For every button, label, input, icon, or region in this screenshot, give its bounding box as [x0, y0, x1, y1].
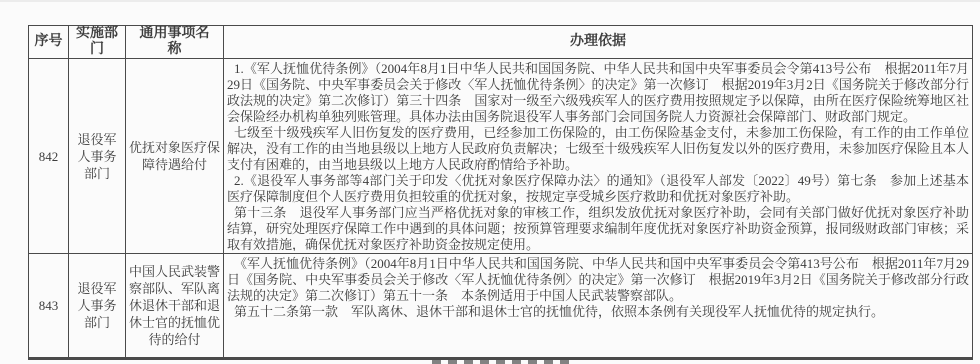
basis-text-block: 《军人抚恤优待条例》（2004年8月1日中华人民共和国国务院、中华人民共和国中央…: [227, 256, 969, 355]
basis-cell: 《军人抚恤优待条例》（2004年8月1日中华人民共和国国务院、中华人民共和国中央…: [224, 254, 973, 359]
column-header-item-name: 通用事项名称: [126, 26, 224, 59]
document-page: 序号 实施部门 通用事项名称 办理依据 842 退役军人事务部门 优抚对象医疗保…: [0, 0, 980, 364]
seq-cell: 842: [29, 59, 69, 254]
basis-paragraph: 第十三条 退役军人事务部门应当严格优抚对象的审核工作，组织发放优抚对象医疗补助，…: [227, 205, 969, 251]
regulation-table: 序号 实施部门 通用事项名称 办理依据 842 退役军人事务部门 优抚对象医疗保…: [28, 25, 973, 360]
table-row-842: 842 退役军人事务部门 优抚对象医疗保障待遇给付 1.《军人抚恤优待条例》（2…: [29, 59, 973, 254]
basis-paragraph: 1.《军人抚恤优待条例》（2004年8月1日中华人民共和国国务院、中华人民共和国…: [227, 61, 969, 125]
basis-text-block: 1.《军人抚恤优待条例》（2004年8月1日中华人民共和国国务院、中华人民共和国…: [227, 61, 969, 251]
table-header-row: 序号 实施部门 通用事项名称 办理依据: [29, 26, 973, 59]
clipped-page-footer-fragment: [432, 360, 574, 364]
basis-paragraph: 七级至十级残疾军人旧伤复发的医疗费用，已经参加工伤保险的，由工伤保险基金支付，未…: [227, 125, 969, 173]
column-header-basis: 办理依据: [224, 26, 973, 59]
column-header-department: 实施部门: [69, 26, 126, 59]
table-row-843: 843 退役军人事务部门 中国人民武装警察部队、军队离休退休干部和退休士官的抚恤…: [29, 254, 973, 359]
basis-cell: 1.《军人抚恤优待条例》（2004年8月1日中华人民共和国国务院、中华人民共和国…: [224, 59, 973, 254]
item-name-cell: 中国人民武装警察部队、军队离休退休干部和退休士官的抚恤优待的给付: [126, 254, 224, 359]
department-cell: 退役军人事务部门: [69, 254, 126, 359]
basis-paragraph: 《军人抚恤优待条例》（2004年8月1日中华人民共和国国务院、中华人民共和国中央…: [227, 256, 969, 304]
basis-paragraph: 2.《退役军人事务部等4部门关于印发〈优抚对象医疗保障办法〉的通知》（退役军人部…: [227, 173, 969, 205]
department-cell: 退役军人事务部门: [69, 59, 126, 254]
item-name-cell: 优抚对象医疗保障待遇给付: [126, 59, 224, 254]
basis-paragraph: 第五十二条第一款 军队离休、退休干部和退休士官的抚恤优待，依照本条例有关现役军人…: [227, 304, 969, 320]
column-header-seq: 序号: [29, 26, 69, 59]
seq-cell: 843: [29, 254, 69, 359]
